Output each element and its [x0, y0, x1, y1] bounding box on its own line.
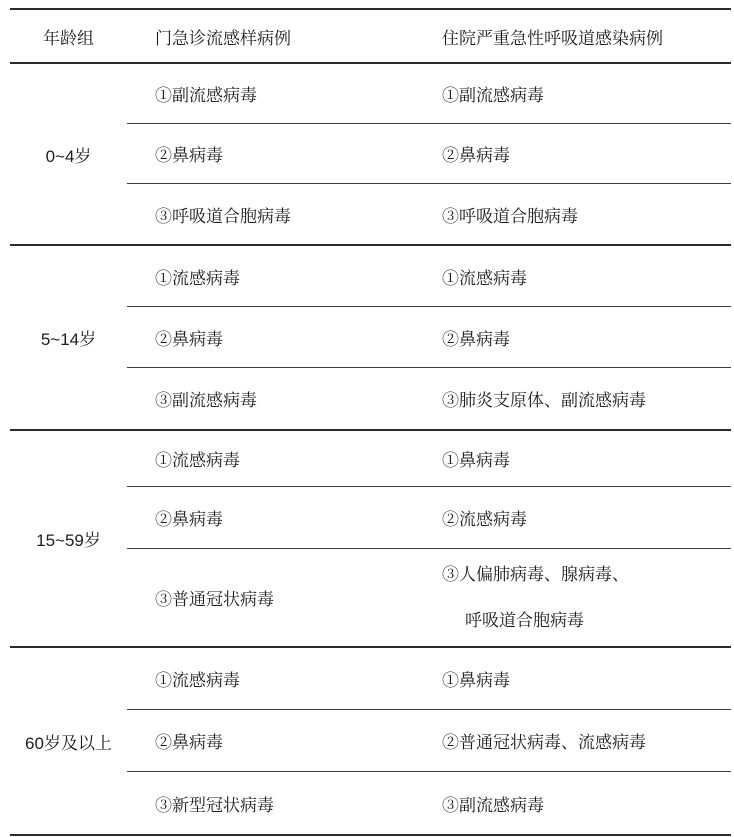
hospitalized-rank-3-line2: 呼吸道合胞病毒	[442, 612, 731, 629]
hospitalized-rank-2: ②鼻病毒	[442, 141, 731, 166]
outpatient-rank-2: ②鼻病毒	[127, 141, 442, 166]
outpatient-rank-3: ③普通冠状病毒	[127, 585, 442, 610]
col-header-age-group: 年龄组	[10, 24, 127, 49]
age-group-0-4: 0~4岁 ①副流感病毒 ①副流感病毒 ②鼻病毒 ②鼻病毒 ③呼吸道合胞病毒 ③呼…	[10, 64, 731, 246]
outpatient-rank-3: ③新型冠状病毒	[127, 791, 442, 816]
age-group-label: 0~4岁	[10, 64, 127, 244]
col-header-hospitalized-sari-cases: 住院严重急性呼吸道感染病例	[442, 24, 731, 49]
hospitalized-rank-1: ①流感病毒	[442, 264, 731, 289]
hospitalized-rank-1: ①鼻病毒	[442, 666, 731, 691]
table-row: ②鼻病毒 ②普通冠状病毒、流感病毒	[127, 710, 731, 772]
table-row: ①流感病毒 ①鼻病毒	[127, 648, 731, 710]
hospitalized-rank-2: ②鼻病毒	[442, 325, 731, 350]
outpatient-rank-1: ①流感病毒	[127, 264, 442, 289]
table-row: ②鼻病毒 ②鼻病毒	[127, 124, 731, 184]
age-group-label: 15~59岁	[10, 431, 127, 646]
outpatient-rank-2: ②鼻病毒	[127, 505, 442, 530]
table-row: ③呼吸道合胞病毒 ③呼吸道合胞病毒	[127, 184, 731, 244]
table-row: ③副流感病毒 ③肺炎支原体、副流感病毒	[127, 368, 731, 429]
outpatient-rank-3: ③副流感病毒	[127, 386, 442, 411]
table-row: ③新型冠状病毒 ③副流感病毒	[127, 772, 731, 834]
hospitalized-rank-2: ②流感病毒	[442, 505, 731, 530]
pathogen-surveillance-table: 年龄组 门急诊流感样病例 住院严重急性呼吸道感染病例 0~4岁 ①副流感病毒 ①…	[10, 8, 731, 836]
hospitalized-rank-2: ②普通冠状病毒、流感病毒	[442, 728, 731, 753]
table-row: ①流感病毒 ①鼻病毒	[127, 431, 731, 487]
outpatient-rank-1: ①副流感病毒	[127, 81, 442, 106]
hospitalized-rank-3-line1: ③人偏肺病毒、腺病毒、	[442, 566, 731, 583]
hospitalized-rank-3: ③呼吸道合胞病毒	[442, 202, 731, 227]
table-row: ②鼻病毒 ②流感病毒	[127, 487, 731, 549]
outpatient-rank-1: ①流感病毒	[127, 446, 442, 471]
hospitalized-rank-1: ①副流感病毒	[442, 81, 731, 106]
group-rows: ①流感病毒 ①流感病毒 ②鼻病毒 ②鼻病毒 ③副流感病毒 ③肺炎支原体、副流感病…	[127, 246, 731, 429]
group-rows: ①流感病毒 ①鼻病毒 ②鼻病毒 ②普通冠状病毒、流感病毒 ③新型冠状病毒 ③副流…	[127, 648, 731, 834]
hospitalized-rank-3: ③人偏肺病毒、腺病毒、 呼吸道合胞病毒	[442, 566, 731, 629]
age-group-5-14: 5~14岁 ①流感病毒 ①流感病毒 ②鼻病毒 ②鼻病毒 ③副流感病毒 ③肺炎支原…	[10, 246, 731, 431]
outpatient-rank-1: ①流感病毒	[127, 666, 442, 691]
hospitalized-rank-3: ③副流感病毒	[442, 791, 731, 816]
hospitalized-rank-1: ①鼻病毒	[442, 446, 731, 471]
age-group-15-59: 15~59岁 ①流感病毒 ①鼻病毒 ②鼻病毒 ②流感病毒 ③普通冠状病毒 ③人偏…	[10, 431, 731, 648]
table-row: ②鼻病毒 ②鼻病毒	[127, 307, 731, 368]
group-rows: ①流感病毒 ①鼻病毒 ②鼻病毒 ②流感病毒 ③普通冠状病毒 ③人偏肺病毒、腺病毒…	[127, 431, 731, 646]
table-row: ③普通冠状病毒 ③人偏肺病毒、腺病毒、 呼吸道合胞病毒	[127, 549, 731, 646]
hospitalized-rank-3: ③肺炎支原体、副流感病毒	[442, 386, 731, 411]
table-row: ①流感病毒 ①流感病毒	[127, 246, 731, 307]
outpatient-rank-2: ②鼻病毒	[127, 325, 442, 350]
table-row: ①副流感病毒 ①副流感病毒	[127, 64, 731, 124]
age-group-label: 5~14岁	[10, 246, 127, 429]
outpatient-rank-3: ③呼吸道合胞病毒	[127, 202, 442, 227]
age-group-60-plus: 60岁及以上 ①流感病毒 ①鼻病毒 ②鼻病毒 ②普通冠状病毒、流感病毒 ③新型冠…	[10, 648, 731, 836]
outpatient-rank-2: ②鼻病毒	[127, 728, 442, 753]
group-rows: ①副流感病毒 ①副流感病毒 ②鼻病毒 ②鼻病毒 ③呼吸道合胞病毒 ③呼吸道合胞病…	[127, 64, 731, 244]
table-header-row: 年龄组 门急诊流感样病例 住院严重急性呼吸道感染病例	[10, 10, 731, 64]
col-header-outpatient-ili-cases: 门急诊流感样病例	[127, 24, 442, 49]
age-group-label: 60岁及以上	[10, 648, 127, 834]
